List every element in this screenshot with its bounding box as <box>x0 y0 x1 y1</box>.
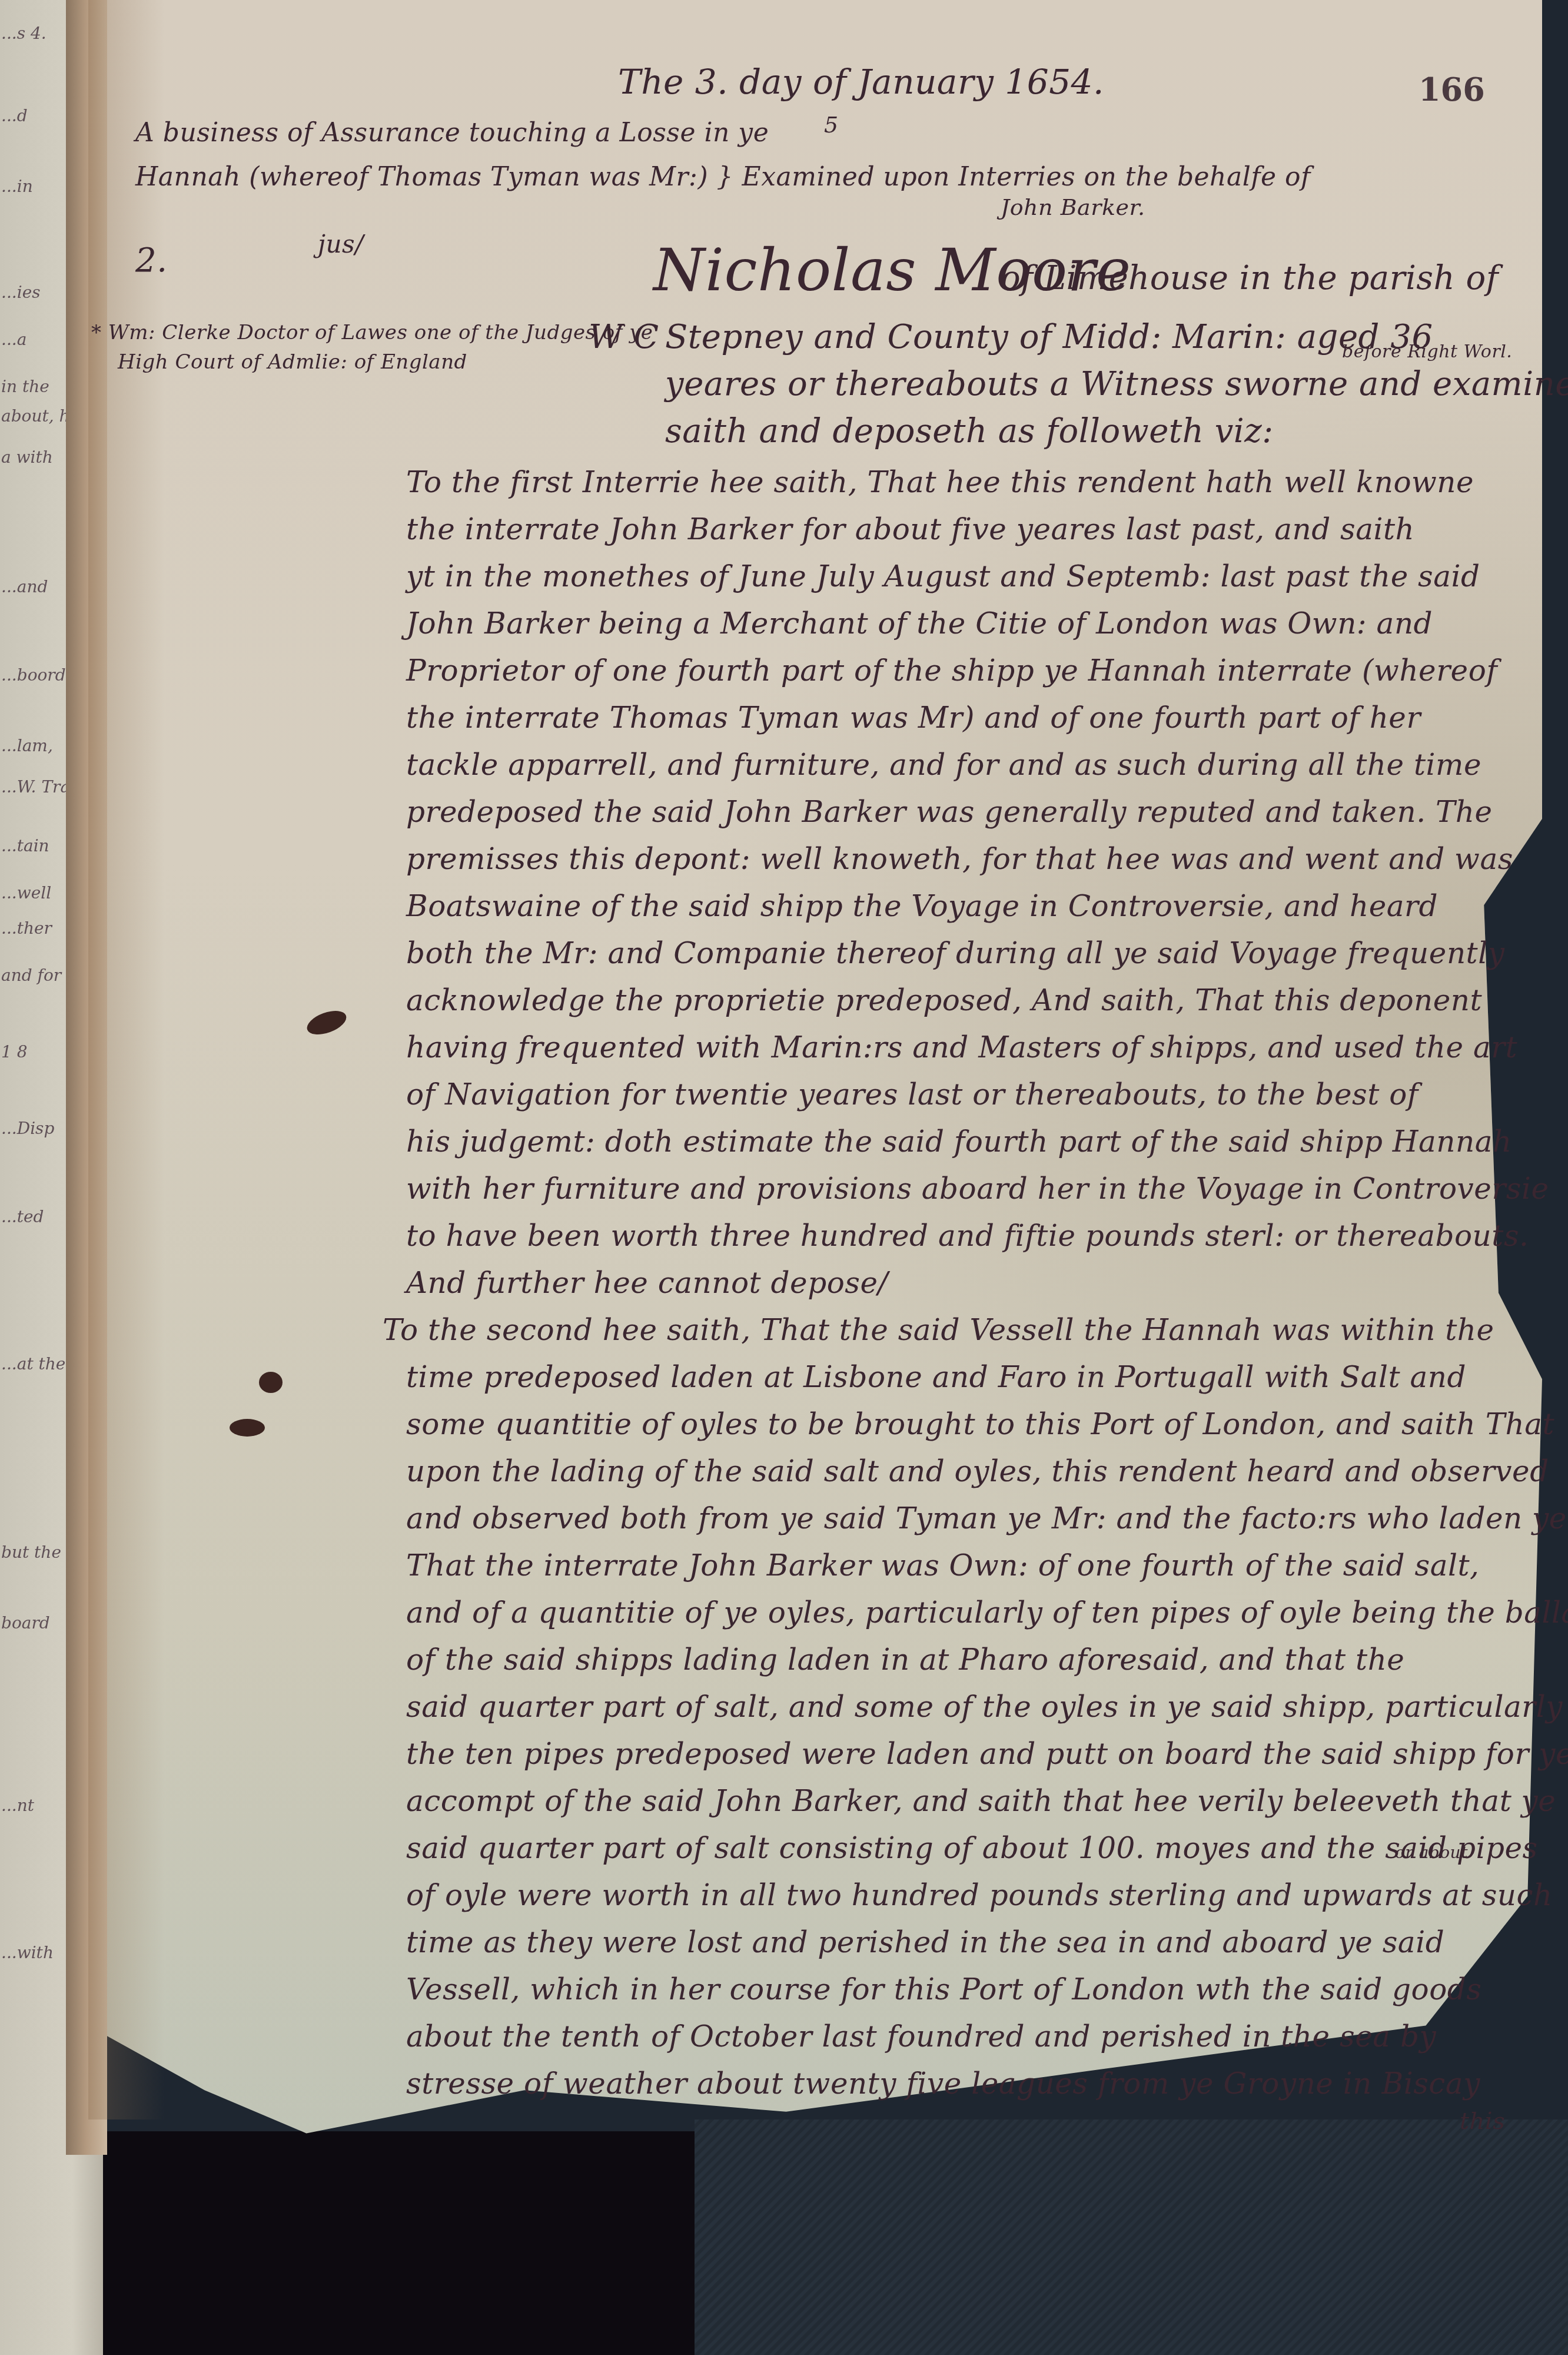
body-line: yt in the monethes of June July August a… <box>406 559 1480 593</box>
catchword: this <box>1460 2108 1505 2135</box>
body-line: Boatswaine of the said shipp the Voyage … <box>406 889 1438 923</box>
adjacent-page-fragment: ...d <box>1 106 28 125</box>
body-line: tackle apparrell, and furniture, and for… <box>406 748 1481 782</box>
adjacent-page-fragment: ...nt <box>1 1796 34 1815</box>
body-line: That the interrate John Barker was Own: … <box>406 1548 1479 1583</box>
body-line: Vessell, which in her course for this Po… <box>406 1972 1481 2006</box>
judge-note-line: High Court of Admlie: of England <box>118 350 467 374</box>
body-line: To the first Interrie hee saith, That he… <box>406 465 1474 499</box>
adjacent-page-fragment: ...lam, <box>1 736 53 755</box>
page-stain <box>88 0 165 2119</box>
body-line: of oyle were worth in all two hundred po… <box>406 1878 1553 1912</box>
body-line: having frequented with Marin:rs and Mast… <box>406 1030 1517 1064</box>
body-line: premisses this depont: well knoweth, for… <box>406 842 1513 876</box>
body-line: his judgemt: doth estimate the said four… <box>406 1125 1512 1159</box>
body-line: about the tenth of October last foundred… <box>406 2019 1436 2054</box>
adjacent-page-fragment: ...tain <box>1 836 49 855</box>
adjacent-page-fragment: ...ther <box>1 918 52 938</box>
margin-number: 2. <box>135 241 167 280</box>
cloth-background <box>695 2119 1568 2355</box>
body-line: some quantitie of oyles to be brought to… <box>406 1407 1554 1441</box>
body-line: accompt of the said John Barker, and sai… <box>406 1784 1556 1818</box>
body-line: John Barker being a Merchant of the Citi… <box>406 606 1433 641</box>
adjacent-page-fragment: ...a <box>1 330 26 349</box>
adjacent-page-fragment: and for <box>1 966 61 985</box>
body-line: Proprietor of one fourth part of the shi… <box>406 654 1497 688</box>
adjacent-page-fragment: ...in <box>1 177 33 196</box>
adjacent-page-fragment: ...ted <box>1 1207 44 1226</box>
body-line: and of a quantitie of ye oyles, particul… <box>406 1596 1568 1630</box>
ink-blot <box>230 1419 265 1437</box>
deponent-interlineation: before Right Worl. <box>1342 341 1512 362</box>
deponent-line: yeares or thereabouts a Witness sworne a… <box>665 365 1568 403</box>
adjacent-page-fragment: ...well <box>1 883 51 903</box>
body-line: the interrate Thomas Tyman was Mr) and o… <box>406 701 1421 735</box>
margin-jus: jus/ <box>318 230 364 258</box>
body-line: stresse of weather about twenty five lea… <box>406 2067 1480 2101</box>
adjacent-page-fragment: board <box>1 1613 50 1633</box>
body-line: acknowledge the proprietie predeposed, A… <box>406 983 1482 1017</box>
body-line: time predeposed laden at Lisbone and Far… <box>406 1360 1466 1394</box>
body-line: and observed both from ye said Tyman ye … <box>406 1501 1568 1535</box>
body-line: To the second hee saith, That the said V… <box>383 1313 1494 1347</box>
adjacent-page-fragment: ...s 4. <box>1 24 46 43</box>
folio-number: 166 <box>1418 71 1485 108</box>
adjacent-page-fragment: but the <box>1 1543 61 1562</box>
deponent-line: of Limehouse in the parish of <box>1001 259 1499 297</box>
adjacent-page-fragment: a with <box>1 447 53 467</box>
heading-note-line: John Barker. <box>1001 194 1145 220</box>
body-line: the ten pipes predeposed were laden and … <box>406 1737 1568 1771</box>
adjacent-page-fragment: ...boord <box>1 665 66 685</box>
body-line: of Navigation for twentie yeares last or… <box>406 1077 1418 1112</box>
judge-note-line: * Wm: Clerke Doctor of Lawes one of the … <box>91 321 653 344</box>
interlineation: or about <box>1395 1843 1468 1862</box>
body-line: both the Mr: and Companie thereof during… <box>406 936 1504 970</box>
adjacent-page-fragment: ...with <box>1 1943 54 1962</box>
dark-background <box>71 2131 718 2355</box>
adjacent-page-fragment: in the <box>1 377 49 396</box>
body-line: upon the lading of the said salt and oyl… <box>406 1454 1549 1488</box>
body-line: with her furniture and provisions aboard… <box>406 1172 1549 1206</box>
adjacent-page-fragment: 1 8 <box>1 1042 28 1062</box>
body-line: And further hee cannot depose/ <box>406 1266 888 1300</box>
date-year-fraction: 5 <box>824 112 839 138</box>
body-line: to have been worth three hundred and fif… <box>406 1219 1529 1253</box>
adjacent-page-fragment: ...Disp <box>1 1119 54 1138</box>
body-line: the interrate John Barker for about five… <box>406 512 1414 546</box>
heading-note-line: A business of Assurance touching a Losse… <box>135 118 769 148</box>
adjacent-page-fragment: ...ies <box>1 283 41 302</box>
date-line: The 3. day of January 1654. <box>618 62 1104 102</box>
adjacent-page-fragment: ...and <box>1 577 48 596</box>
adjacent-page-fragment: ...at the <box>1 1354 65 1374</box>
ink-blot <box>259 1372 283 1393</box>
body-line: time as they were lost and perished in t… <box>406 1925 1444 1959</box>
judge-initials: W C <box>589 318 659 356</box>
deponent-line: saith and deposeth as followeth viz: <box>665 412 1274 450</box>
heading-note-line: Hannah (whereof Thomas Tyman was Mr:) } … <box>135 162 1311 192</box>
deponent-line: Stepney and County of Midd: Marin: aged … <box>665 318 1433 356</box>
body-line: of the said shipps lading laden in at Ph… <box>406 1643 1404 1677</box>
body-line: predeposed the said John Barker was gene… <box>406 795 1493 829</box>
body-line: said quarter part of salt consisting of … <box>406 1831 1538 1865</box>
body-line: said quarter part of salt, and some of t… <box>406 1690 1568 1724</box>
